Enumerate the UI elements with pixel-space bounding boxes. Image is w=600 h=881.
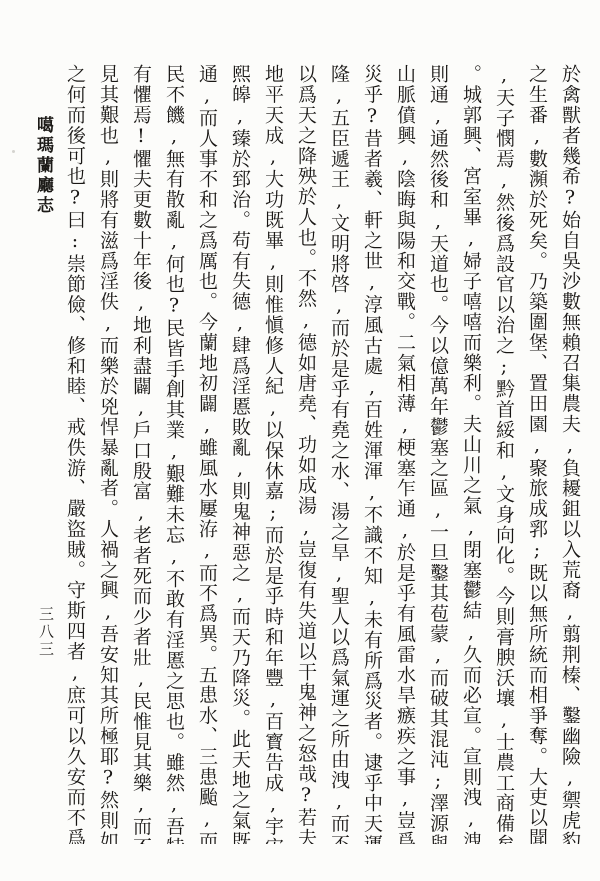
text-column-9: 以爲天之降殃於人也。不然,德如唐堯、功如成湯,豈復有失道以干鬼神之怒哉?若夫	[289, 64, 322, 844]
text-column-11: 熙皞,臻於郅治。苟有失德,肆爲淫慝敗亂,則鬼神惡之,而天乃降災。此天地之氣既	[223, 64, 256, 844]
text-column-14: 有懼焉!懼夫更數十年後,地利盡闢,戶口殷富,老者死而少者壯,民惟見其樂,而不	[124, 64, 157, 844]
book-page-scan: 於禽獸者幾希?始自吳沙數無賴召集農夫,負耰鉏以入荒裔,翦荆榛、鑿幽險,禦虎豹 之…	[0, 0, 600, 881]
text-column-8: 隆,五臣遞王,文明將啓,而於是乎有堯之水、湯之旱,聖人以爲氣運之所由洩,而不	[322, 64, 355, 844]
text-column-16: 之何而後可也?曰:崇節儉、修和睦、戒佚游、嚴盜賊。守斯四者,庶可以久安而不爲	[58, 64, 91, 844]
text-column-3: ,天子憫焉,然後爲設官以治之;黔首綏和,文身向化。今則膏腴沃壤,士農工商備矣	[487, 64, 520, 844]
page-number: 三八三	[36, 606, 57, 659]
text-column-15: 見其艱也,則將有滋爲淫佚,而樂於兇悍暴亂者。人禍之興,吾安知其所極耶?然則如	[91, 64, 124, 844]
text-column-6: 山脈僨興,陰晦與陽和交戰。二氣相薄,梗塞乍通,於是乎有風雷水旱瘯疾之事,豈爲	[388, 64, 421, 844]
scan-speck	[437, 250, 440, 253]
book-title: 噶瑪蘭廳志	[31, 116, 56, 216]
text-column-2: 之生番,數瀕於死矣。乃築圍堡、置田園,聚旅成郛;既以無所統而相爭奪。大吏以聞	[520, 64, 553, 844]
text-column-13: 民不饑,無有散亂,何也?民皆手創其業,艱難未忘,不敢有淫慝之思也。雖然,吾特	[157, 64, 190, 844]
text-column-1: 於禽獸者幾希?始自吳沙數無賴召集農夫,負耰鉏以入荒裔,翦荆榛、鑿幽險,禦虎豹	[553, 64, 586, 844]
text-column-10: 地平天成,大功既畢,則惟愼修人紀,以保休嘉;而於是乎時和年豐,百寳告成,宇宙	[256, 64, 289, 844]
text-column-5: 則通,通然後和,天道也。今以億萬年鬱塞之區,一旦鑿其苞蒙,而破其混沌;澤源與	[421, 64, 454, 844]
scan-speck	[12, 150, 15, 153]
text-column-7: 災乎?昔者羲、軒之世,淳風古處,百姓渾渾,不識不知,未有所爲災者。逮乎中天運	[355, 64, 388, 844]
text-column-4: 。城郭興、宮室畢,婦子嘻嘻而樂利。夫山川之氣,閉塞鬱結,久而必宣。宣則洩,洩	[454, 64, 487, 844]
text-column-12: 通,而人事不和之爲厲也。今蘭地初闢,雖風水屢洊,而不爲異。五患水、三患颱,而	[190, 64, 223, 844]
main-text-block: 於禽獸者幾希?始自吳沙數無賴召集農夫,負耰鉏以入荒裔,翦荆榛、鑿幽險,禦虎豹 之…	[58, 64, 586, 848]
